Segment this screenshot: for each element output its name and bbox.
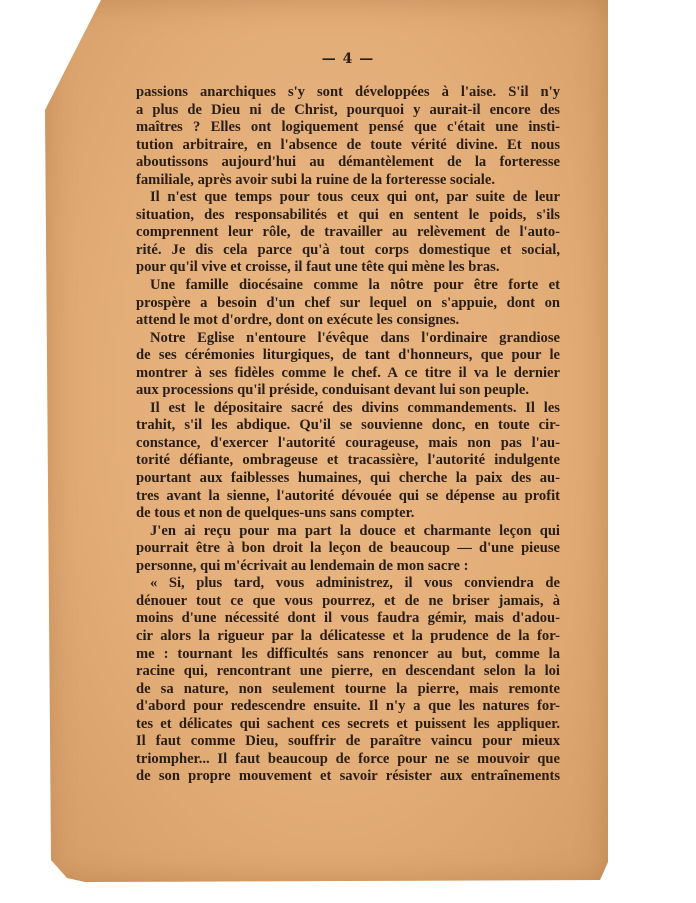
text-line: d'abord pour redescendre ensuite. Il n'y… <box>136 698 560 716</box>
text-line: cir alors la rigueur par la délicatesse … <box>136 628 560 646</box>
text-line: pour qu'il vive et croisse, il faut une … <box>136 259 560 277</box>
text-line: de son propre mouvement et savoir résist… <box>136 768 560 786</box>
text-line: de ses cérémonies liturgiques, de tant d… <box>136 347 560 365</box>
text-line: a plus de Dieu ni de Christ, pourquoi y … <box>136 102 560 120</box>
text-line: tution arbitraire, en l'absence de toute… <box>136 137 560 155</box>
text-line: me : tournant les difficultés sans renon… <box>136 646 560 664</box>
text-line: tres avant la sienne, l'autorité dévouée… <box>136 488 560 506</box>
text-line: passions anarchiques s'y sont développée… <box>136 84 560 102</box>
text-line: moins d'une nécessité dont il vous faudr… <box>136 610 560 628</box>
text-line: aboutissons aujourd'hui au démantèlement… <box>136 154 560 172</box>
text-line: comprennent leur rôle, de travailler au … <box>136 224 560 242</box>
text-line: Il faut comme Dieu, souffrir de paraître… <box>136 733 560 751</box>
text-line: Une famille diocésaine comme la nôtre po… <box>136 277 560 295</box>
text-line: trahit, s'il les abdique. Qu'il se souvi… <box>136 417 560 435</box>
body-text: passions anarchiques s'y sont développée… <box>136 84 560 786</box>
text-line: Il est le dépositaire sacré des divins c… <box>136 400 560 418</box>
text-line: tes et délicates qui sachent ces secrets… <box>136 716 560 734</box>
text-line: attend le mot d'ordre, dont on exécute l… <box>136 312 560 330</box>
text-line: maîtres ? Elles ont logiquement pensé qu… <box>136 119 560 137</box>
text-line: racine qui, rencontrant une pierre, en d… <box>136 663 560 681</box>
text-line: familiale, après avoir subi la ruine de … <box>136 172 560 190</box>
text-line: pourtant aux faiblesses humaines, qui ch… <box>136 470 560 488</box>
text-line: de tous et non de quelques-uns sans comp… <box>136 505 560 523</box>
text-line: dénouer tout ce que vous pourrez, et de … <box>136 593 560 611</box>
text-line: constance, d'exercer l'autorité courageu… <box>136 435 560 453</box>
text-line: de sa nature, non seulement tourne la pi… <box>136 681 560 699</box>
page-number: — 4 — <box>0 51 696 67</box>
text-line: « Si, plus tard, vous administrez, il vo… <box>136 575 560 593</box>
text-line: aux processions qu'il préside, conduisan… <box>136 382 560 400</box>
text-line: rité. Je dis cela parce qu'à tout corps … <box>136 242 560 260</box>
text-line: Notre Eglise n'entoure l'évêque dans l'o… <box>136 330 560 348</box>
text-line: torité défiante, ombrageuse et tracassiè… <box>136 452 560 470</box>
text-line: J'en ai reçu pour ma part la douce et ch… <box>136 523 560 541</box>
text-line: triompher... Il faut beaucoup de force p… <box>136 751 560 769</box>
text-line: personne, qui m'écrivait au lendemain de… <box>136 558 560 576</box>
text-line: pourrait être à bon droit la leçon de be… <box>136 540 560 558</box>
text-line: montrer à ses fidèles comme le chef. A c… <box>136 365 560 383</box>
text-line: situation, des responsabilités et qui en… <box>136 207 560 225</box>
text-line: prospère a besoin d'un chef sur lequel o… <box>136 295 560 313</box>
text-line: Il n'est que temps pour tous ceux qui on… <box>136 189 560 207</box>
